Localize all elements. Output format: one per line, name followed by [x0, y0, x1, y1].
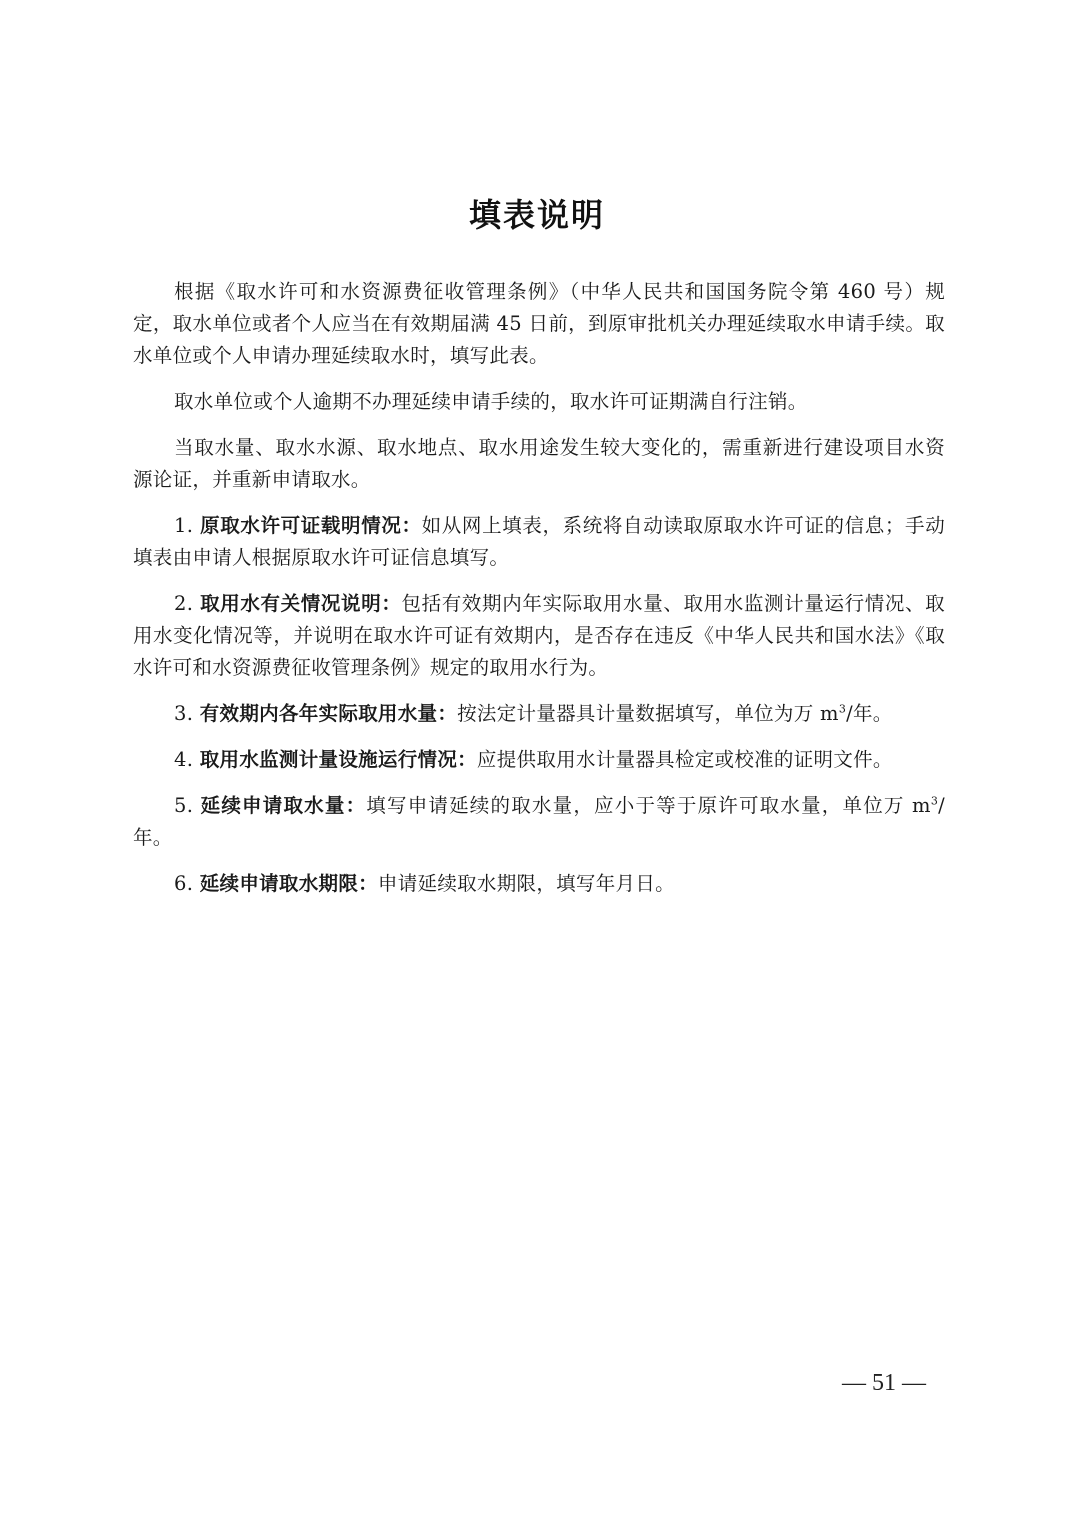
item-term: 取用水监测计量设施运行情况：	[200, 748, 477, 771]
item-text: 申请延续取水期限，填写年月日。	[378, 872, 675, 895]
item-text: 按法定计量器具计量数据填写，单位为万 m	[457, 702, 839, 725]
item-tail: /年。	[846, 702, 892, 725]
item-term: 延续申请取水期限：	[200, 872, 378, 895]
item-2: 2. 取用水有关情况说明：包括有效期内年实际取用水量、取用水监测计量运行情况、取…	[133, 588, 945, 684]
item-3: 3. 有效期内各年实际取用水量：按法定计量器具计量数据填写，单位为万 m3/年。	[133, 698, 945, 730]
item-5: 5. 延续申请取水量：填写申请延续的取水量，应小于等于原许可取水量，单位万 m3…	[133, 790, 945, 854]
page-title: 填表说明	[0, 190, 1074, 236]
item-text: 填写申请延续的取水量，应小于等于原许可取水量，单位万 m	[366, 794, 931, 817]
item-6: 6. 延续申请取水期限：申请延续取水期限，填写年月日。	[133, 868, 945, 900]
item-number: 1.	[174, 514, 193, 537]
change-paragraph: 当取水量、取水水源、取水地点、取水用途发生较大变化的，需重新进行建设项目水资源论…	[133, 432, 945, 496]
item-number: 6.	[174, 872, 193, 895]
item-term: 有效期内各年实际取用水量：	[200, 702, 457, 725]
instructions-body: 根据《取水许可和水资源费征收管理条例》（中华人民共和国国务院令第 460 号）规…	[133, 276, 945, 914]
expiry-paragraph: 取水单位或个人逾期不办理延续申请手续的，取水许可证期满自行注销。	[133, 386, 945, 418]
item-number: 3.	[174, 702, 193, 725]
item-term: 原取水许可证载明情况：	[200, 514, 422, 537]
item-term: 延续申请取水量：	[201, 794, 367, 817]
item-number: 4.	[174, 748, 193, 771]
item-1: 1. 原取水许可证载明情况：如从网上填表，系统将自动读取原取水许可证的信息；手动…	[133, 510, 945, 574]
page-number: — 51 —	[842, 1370, 926, 1397]
item-term: 取用水有关情况说明：	[200, 592, 401, 615]
item-number: 5.	[174, 794, 193, 817]
item-number: 2.	[174, 592, 193, 615]
item-text: 应提供取用水计量器具检定或校准的证明文件。	[477, 748, 893, 771]
intro-paragraph: 根据《取水许可和水资源费征收管理条例》（中华人民共和国国务院令第 460 号）规…	[133, 276, 945, 372]
item-4: 4. 取用水监测计量设施运行情况：应提供取用水计量器具检定或校准的证明文件。	[133, 744, 945, 776]
